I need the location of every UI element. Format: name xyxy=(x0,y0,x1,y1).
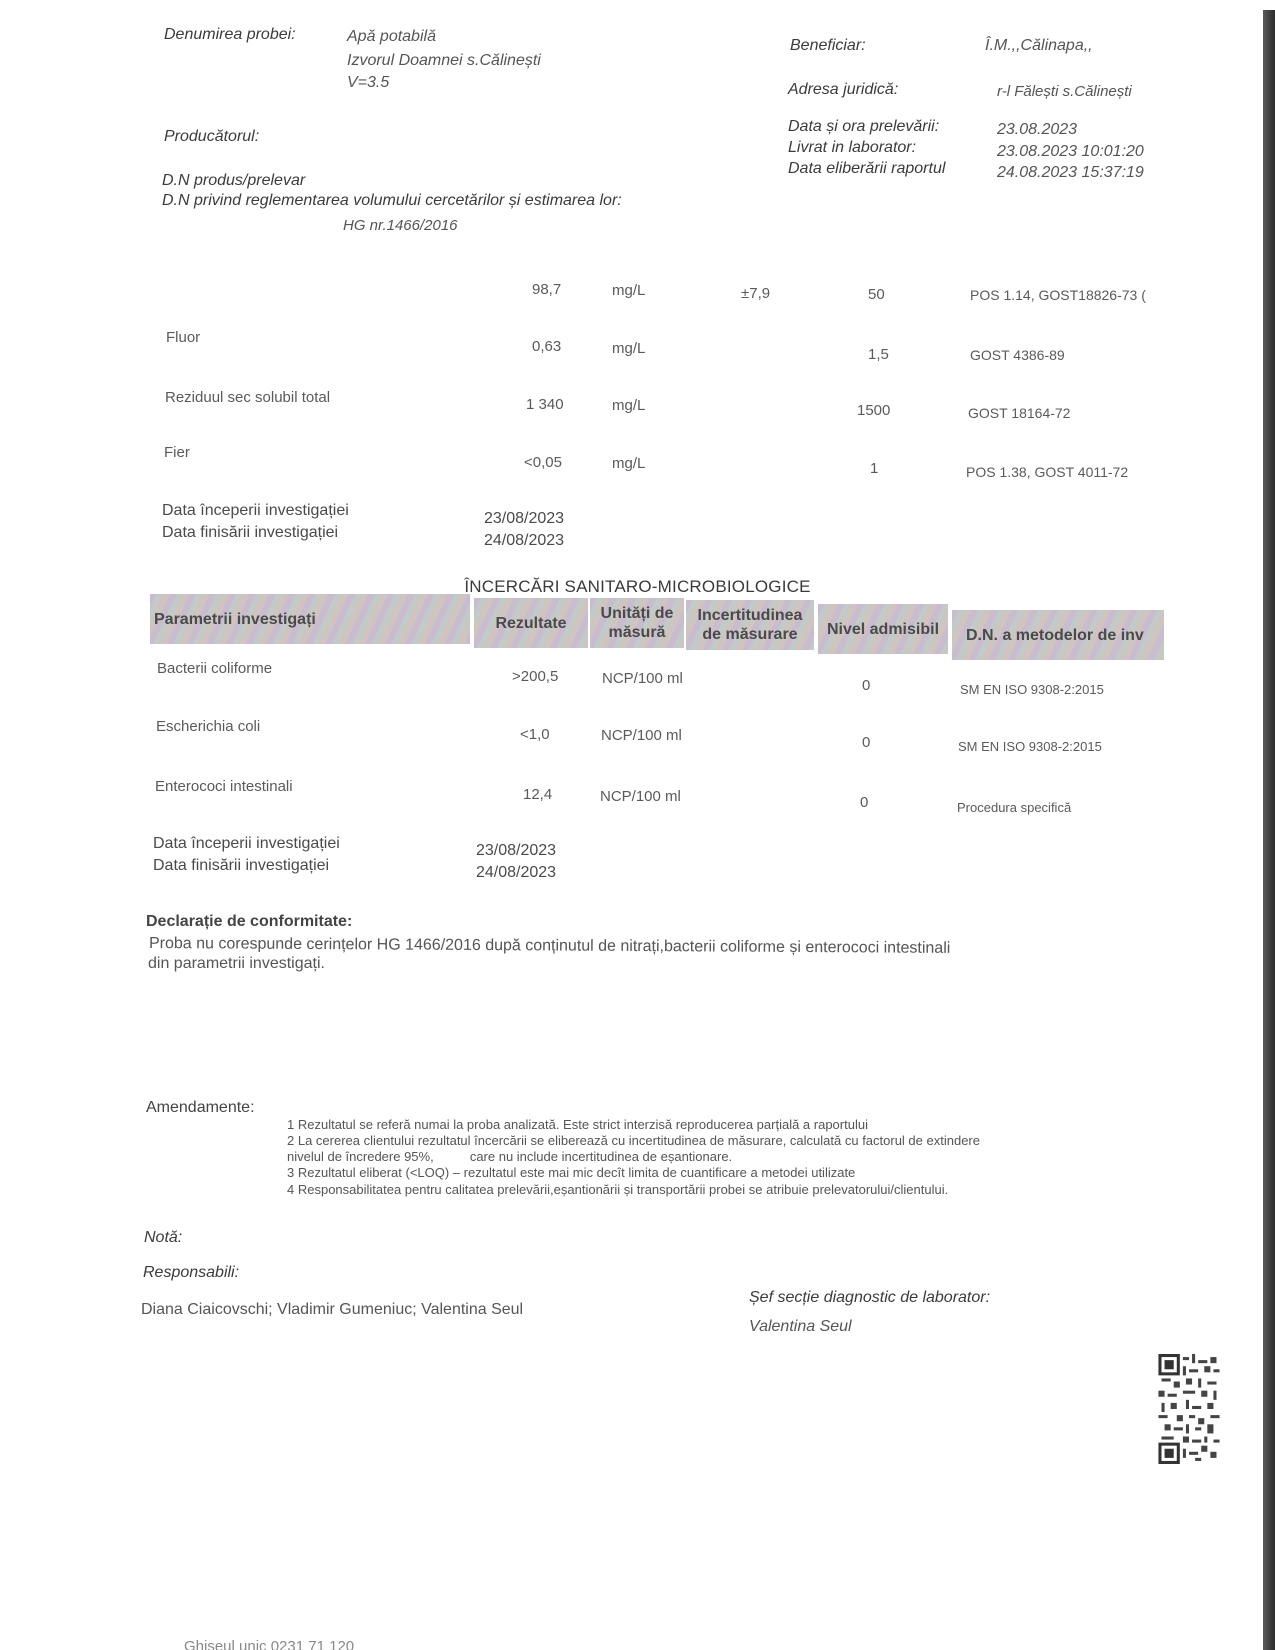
method: POS 1.38, GOST 4011-72 xyxy=(966,464,1128,480)
producer-label: Producătorul: xyxy=(164,128,259,146)
chem-end-value: 24/08/2023 xyxy=(484,530,564,552)
sample-name-line-1: Apă potabilă xyxy=(347,28,436,46)
sample-name-line-2: Izvorul Doamnei s.Călinești xyxy=(347,52,541,70)
amendment-item-2-cont: nivelul de încredere 95%, care nu includ… xyxy=(287,1149,732,1165)
method: Procedura specifică xyxy=(957,800,1071,815)
responsible-names: Diana Ciaicovschi; Vladimir Gumeniuc; Va… xyxy=(141,1301,523,1319)
amendments-label: Amendamente: xyxy=(146,1099,255,1117)
limit: 0 xyxy=(862,677,870,694)
sample-name-line-3: V=3.5 xyxy=(347,74,389,92)
chem-end-label: Data finisării investigației xyxy=(162,522,338,544)
limit: 1500 xyxy=(857,402,890,419)
conformity-line-2: din parametrii investigați. xyxy=(148,955,325,973)
address-label: Adresa juridică: xyxy=(788,81,898,99)
unit: mg/L xyxy=(612,340,645,357)
beneficiary-label: Beneficiar: xyxy=(790,37,866,55)
chem-start-label: Data începerii investigației xyxy=(162,500,349,522)
unit: mg/L xyxy=(612,455,645,472)
micro-end-label: Data finisării investigației xyxy=(153,855,329,877)
param: Fluor xyxy=(166,329,200,346)
scan-edge xyxy=(1263,10,1275,1650)
delivered-value: 23.08.2023 10:01:20 xyxy=(997,143,1144,161)
head-of-section-label: Șef secție diagnostic de laborator: xyxy=(749,1289,990,1307)
param: Fier xyxy=(164,444,190,461)
limit: 0 xyxy=(860,794,868,811)
amendment-item-1: 1 Rezultatul se referă numai la proba an… xyxy=(287,1117,868,1133)
micro-start-label: Data începerii investigației xyxy=(153,833,340,855)
param: Escherichia coli xyxy=(156,718,260,735)
header-results: Rezultate xyxy=(474,598,588,648)
address-value: r-l Fălești s.Călinești xyxy=(997,83,1132,100)
limit: 0 xyxy=(862,734,870,751)
method: GOST 18164-72 xyxy=(968,405,1070,421)
limit: 1,5 xyxy=(868,346,889,363)
param: Bacterii coliforme xyxy=(157,660,272,677)
result: <0,05 xyxy=(524,454,562,471)
result: 0,63 xyxy=(532,338,561,355)
chem-start-value: 23/08/2023 xyxy=(484,508,564,530)
micro-end-value: 24/08/2023 xyxy=(476,862,556,884)
beneficiary-value: Î.M.,,Călinapa,, xyxy=(985,37,1093,55)
dn-product-label: D.N produs/prelevar xyxy=(162,172,305,190)
unit: NCP/100 ml xyxy=(600,788,681,805)
limit: 1 xyxy=(870,460,878,477)
dn-regulation-value: HG nr.1466/2016 xyxy=(343,217,458,234)
responsible-label: Responsabili: xyxy=(143,1264,239,1282)
method: POS 1.14, GOST18826-73 ( xyxy=(970,287,1146,303)
header-uncertainty: Incertitudinea de măsurare xyxy=(686,600,814,650)
head-of-section-name: Valentina Seul xyxy=(749,1318,852,1336)
header-limit: Nivel admisibil xyxy=(818,604,948,654)
result: >200,5 xyxy=(512,668,558,685)
sampling-label: Data și ora prelevării: xyxy=(788,118,939,136)
footer-contact: Ghișeul unic 0231 71 120 xyxy=(184,1638,354,1650)
param: Enterococi intestinali xyxy=(155,778,293,795)
report-date-label: Data eliberării raportul xyxy=(788,160,945,178)
unit: NCP/100 ml xyxy=(601,727,682,744)
uncertainty: ±7,9 xyxy=(741,285,770,302)
amendment-item-2: 2 La cererea clientului rezultatul încer… xyxy=(287,1133,980,1149)
result: 12,4 xyxy=(523,786,552,803)
method: SM EN ISO 9308-2:2015 xyxy=(960,682,1104,697)
result: 98,7 xyxy=(532,281,561,298)
sample-name-label: Denumirea probei: xyxy=(164,26,296,44)
header-parameters: Parametrii investigați xyxy=(150,594,470,644)
header-methods: D.N. a metodelor de inv xyxy=(952,610,1164,660)
result: 1 340 xyxy=(526,396,564,413)
param: Reziduul sec solubil total xyxy=(165,389,330,406)
header-units: Unități de măsură xyxy=(590,598,684,648)
report-date-value: 24.08.2023 15:37:19 xyxy=(997,164,1144,182)
result: <1,0 xyxy=(520,726,550,743)
unit: mg/L xyxy=(612,282,645,299)
amendment-item-3: 3 Rezultatul eliberat (<LOQ) – rezultatu… xyxy=(287,1165,855,1181)
sampling-value: 23.08.2023 xyxy=(997,121,1077,139)
method: GOST 4386-89 xyxy=(970,347,1065,363)
delivered-label: Livrat in laborator: xyxy=(788,139,916,157)
qr-code-icon xyxy=(1158,1354,1220,1464)
conformity-label: Declarație de conformitate: xyxy=(146,913,352,931)
unit: mg/L xyxy=(612,397,645,414)
method: SM EN ISO 9308-2:2015 xyxy=(958,739,1102,754)
unit: NCP/100 ml xyxy=(602,670,683,687)
note-label: Notă: xyxy=(144,1229,182,1247)
dn-regulation-label: D.N privind reglementarea volumului cerc… xyxy=(162,192,622,210)
micro-start-value: 23/08/2023 xyxy=(476,840,556,862)
limit: 50 xyxy=(868,286,885,303)
amendment-item-4: 4 Responsabilitatea pentru calitatea pre… xyxy=(287,1182,948,1198)
